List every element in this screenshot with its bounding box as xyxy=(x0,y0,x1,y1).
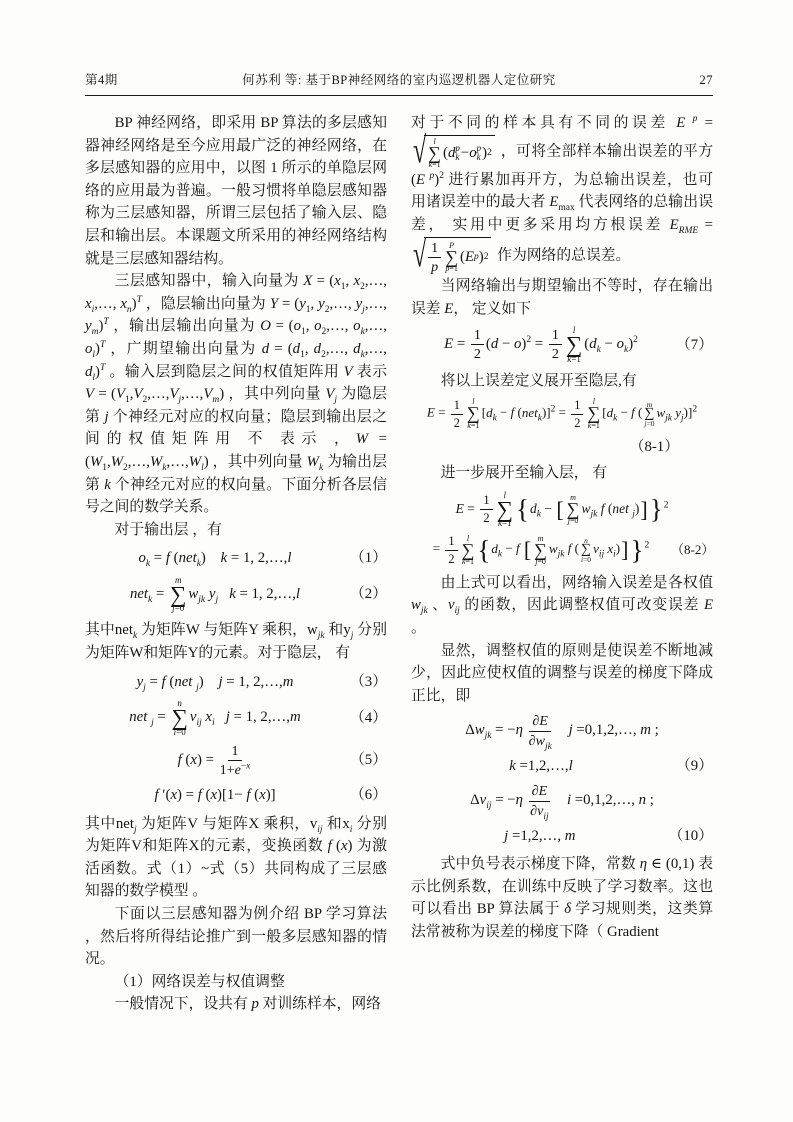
equation-body: k =1,2,…,l xyxy=(411,755,671,778)
equation: f (x) = 11+e−x（5） xyxy=(85,743,387,778)
equation-body: f (x) = 11+e−x xyxy=(85,743,345,778)
equation-number: （9） xyxy=(671,755,713,778)
equation: Δwjk = −η ∂E∂wjk j =0,1,2,…, m ; xyxy=(411,713,713,748)
equation-number: （6） xyxy=(345,784,387,807)
paragraph: 将以上误差定义展开至隐层,有 xyxy=(411,370,713,393)
equation-number: （5） xyxy=(345,749,387,772)
left-column: BP 神经网络，即采用 BP 算法的多层感知器神经网络是至今应用最广泛的神经网络… xyxy=(85,112,387,1016)
equation-number: （2） xyxy=(345,583,387,606)
equation-body: Δwjk = −η ∂E∂wjk j =0,1,2,…, m ; xyxy=(411,713,713,748)
equation-body: f ′(x) = f (x)[1− f (x)] xyxy=(85,784,345,807)
paragraph: 显然，调整权值的原则是使误差不断地减少，因此应使权值的调整与误差的梯度下降成正比… xyxy=(411,640,713,708)
equation: j =1,2,…, m（10） xyxy=(411,825,713,848)
equation-number: （1） xyxy=(345,547,387,570)
equation-number: （4） xyxy=(345,707,387,730)
paragraph: 对于输出层 ，有 xyxy=(85,519,387,542)
equation-body: netk = m∑j=0wjk yj k = 1, 2,…,l xyxy=(85,576,345,614)
paragraph: 由上式可以看出，网络输入误差是各权值 wjk 、vij 的函数，因此调整权值可改… xyxy=(411,572,713,640)
right-column: 对于不同的样本具有不同的误差 E p = √l∑k=1(dpk − opk)2 … xyxy=(411,112,713,1016)
equation: netk = m∑j=0wjk yj k = 1, 2,…,l（2） xyxy=(85,576,387,614)
equation-body: E = 12l∑k=1[dk − f (netk)]2 = 12l∑k=1[dk… xyxy=(411,398,713,429)
equation-body: E = 12(d − o)2 = 12l∑k=1(dk − ok)2 xyxy=(411,326,671,364)
paragraph: 其中netj 为矩阵V 与矩阵X 乘积，vij 和xi 分别为矩阵V和矩阵X的元… xyxy=(85,813,387,903)
equation: ok = f (netk) k = 1, 2,…,l（1） xyxy=(85,547,387,570)
equation-body: E = 12l∑k=1{dk − [m∑j=0wjk f (net j)]}2 xyxy=(411,491,713,529)
equation-number: （10） xyxy=(669,825,713,848)
equation: net j = n∑i=0vij xi j = 1, 2,…,m（4） xyxy=(85,699,387,737)
equation-number: （8-1） xyxy=(411,436,713,459)
paragraph: 三层感知器中，输入向量为 X = (x1, x2,…, xi,…, xn)T ，… xyxy=(85,270,387,519)
page-number: 27 xyxy=(643,73,713,88)
equation-body: = 12l∑k=1{dk − f [m∑j=0wjk f (n∑i=0vij x… xyxy=(411,534,671,565)
equation-number: （7） xyxy=(671,334,713,357)
page-header: 第4期 何苏利 等: 基于BP神经网络的室内巡逻机器人定位研究 27 xyxy=(85,70,713,96)
paragraph: 式中负号表示梯度下降，常数 η ∈ (0,1) 表示比例系数，在训练中反映了学习… xyxy=(411,853,713,943)
equation-body: net j = n∑i=0vij xi j = 1, 2,…,m xyxy=(85,699,345,737)
two-column-body: BP 神经网络，即采用 BP 算法的多层感知器神经网络是至今应用最广泛的神经网络… xyxy=(85,112,713,1016)
paragraph: （1）网络误差与权值调整 xyxy=(85,971,387,994)
equation-body: j =1,2,…, m xyxy=(411,825,669,848)
equation-body: ok = f (netk) k = 1, 2,…,l xyxy=(85,547,345,570)
paragraph: BP 神经网络，即采用 BP 算法的多层感知器神经网络是至今应用最广泛的神经网络… xyxy=(85,112,387,270)
equation: Δvij = −η ∂E∂vij i =0,1,2,…, n ; xyxy=(411,783,713,818)
paper-page: 第4期 何苏利 等: 基于BP神经网络的室内巡逻机器人定位研究 27 BP 神经… xyxy=(0,0,793,1122)
equation: f ′(x) = f (x)[1− f (x)]（6） xyxy=(85,784,387,807)
paragraph: 下面以三层感知器为例介绍 BP 学习算法 ，然后将所得结论推广到一般多层感知器的… xyxy=(85,903,387,971)
paragraph: 当网络输出与期望输出不等时，存在输出误差 E， 定义如下 xyxy=(411,275,713,320)
equation: k =1,2,…,l（9） xyxy=(411,755,713,778)
equation: E = 12(d − o)2 = 12l∑k=1(dk − ok)2（7） xyxy=(411,326,713,364)
equation-body: Δvij = −η ∂E∂vij i =0,1,2,…, n ; xyxy=(411,783,713,818)
equation: yj = f (net j) j = 1, 2,…,m（3） xyxy=(85,671,387,694)
equation-body: yj = f (net j) j = 1, 2,…,m xyxy=(85,671,345,694)
paragraph: 进一步展开至输入层， 有 xyxy=(411,462,713,485)
journal-issue: 第4期 xyxy=(85,70,155,88)
paragraph: 一般情况下，设共有 p 对训练样本，网络 xyxy=(85,993,387,1016)
equation: = 12l∑k=1{dk − f [m∑j=0wjk f (n∑i=0vij x… xyxy=(411,534,713,565)
paragraph: 对于不同的样本具有不同的误差 E p = √l∑k=1(dpk − opk)2 … xyxy=(411,112,713,275)
paragraph: 其中netk 为矩阵W 与矩阵Y 乘积，wjk 和yj 分别为矩阵W和矩阵Y的元… xyxy=(85,619,387,664)
equation-number: （8-2） xyxy=(671,539,713,562)
equation: E = 12l∑k=1{dk − [m∑j=0wjk f (net j)]}2 xyxy=(411,491,713,529)
equation: E = 12l∑k=1[dk − f (netk)]2 = 12l∑k=1[dk… xyxy=(411,398,713,429)
equation-number: （3） xyxy=(345,671,387,694)
running-title: 何苏利 等: 基于BP神经网络的室内巡逻机器人定位研究 xyxy=(155,70,643,88)
